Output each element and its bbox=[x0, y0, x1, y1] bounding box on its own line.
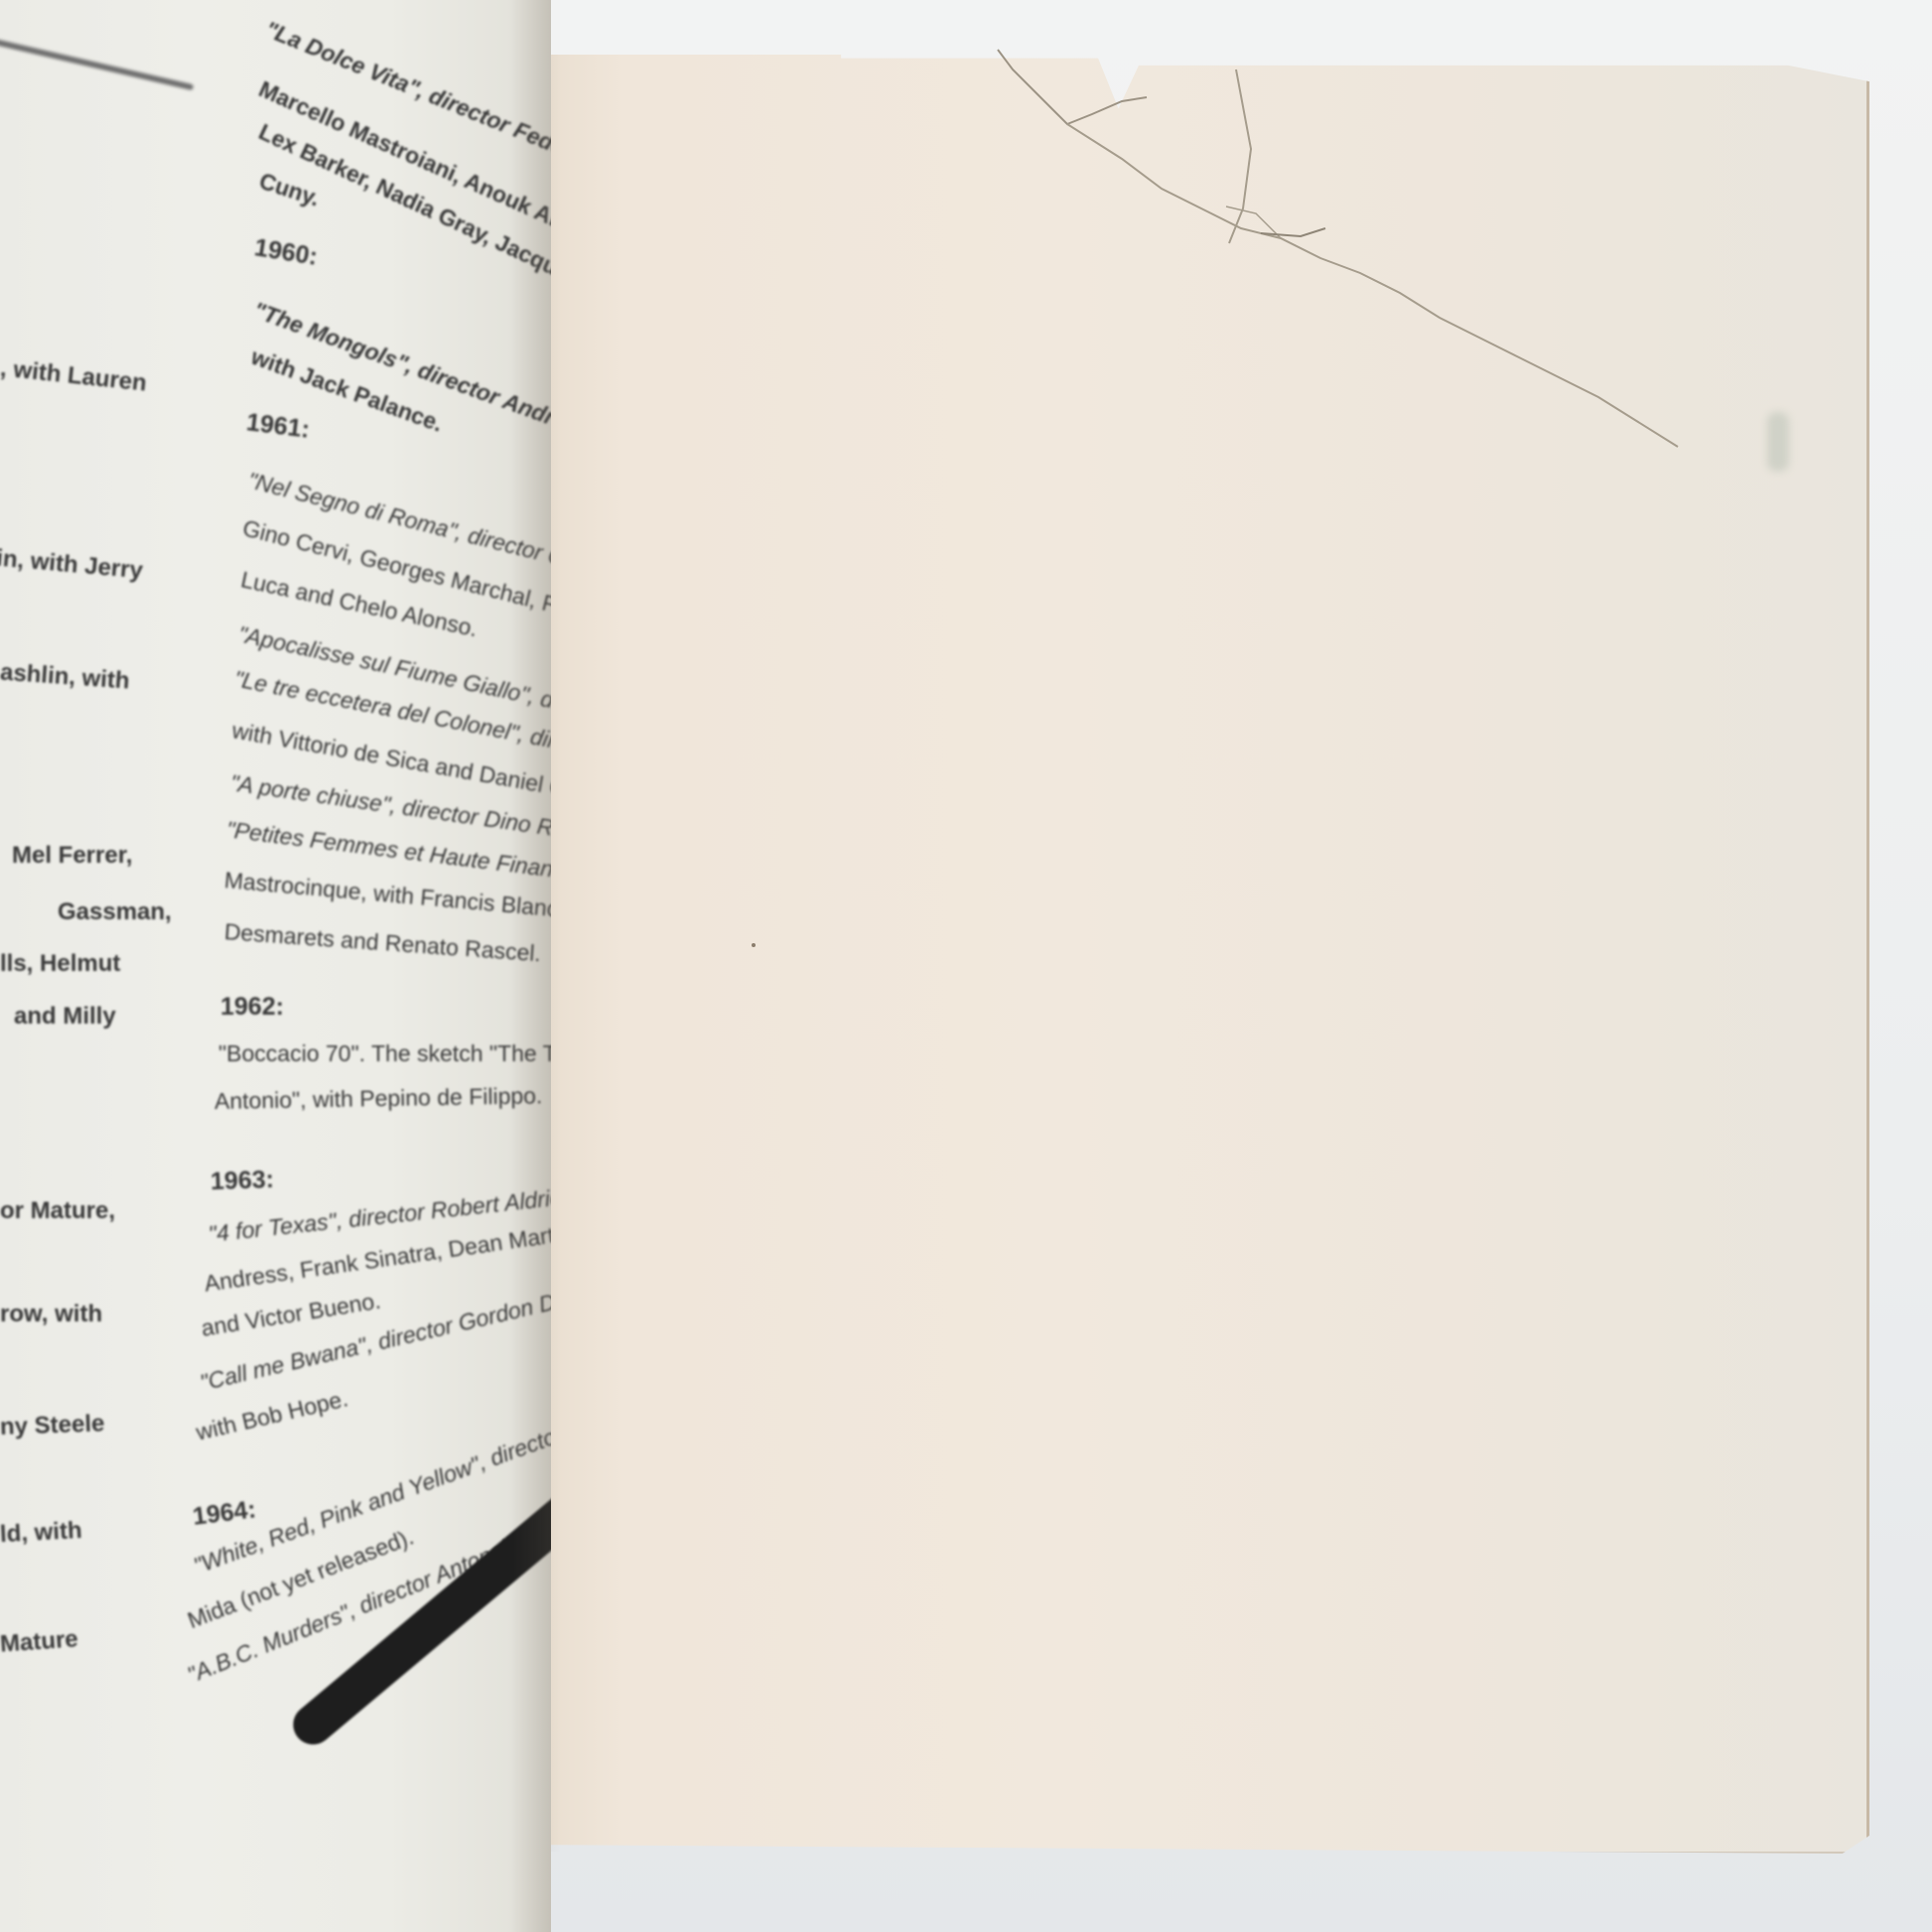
tear-crease-icon bbox=[983, 40, 1876, 457]
text-line: Antonio", with Pepino de Filippo. bbox=[214, 1082, 543, 1115]
text-line: "Boccacio 70". The sketch "The Temptatio… bbox=[218, 1040, 551, 1067]
year-heading: 1964: bbox=[191, 1495, 257, 1532]
paper-stain bbox=[1767, 412, 1789, 472]
year-heading: 1961: bbox=[244, 408, 311, 445]
book-photo: , with Lauren in, with Jerry ashlin, wit… bbox=[0, 0, 1932, 1932]
filmography-column: "La Dolce Vita", director Federico Felli… bbox=[0, 0, 551, 1932]
year-heading: 1963: bbox=[210, 1166, 275, 1196]
text-line: with Bob Hope. bbox=[194, 1385, 350, 1446]
text-line: Cuny. bbox=[256, 168, 323, 212]
text-line: Desmarets and Renato Rascel. bbox=[223, 918, 542, 967]
year-heading: 1960: bbox=[252, 233, 320, 272]
left-printed-page: , with Lauren in, with Jerry ashlin, wit… bbox=[0, 0, 551, 1932]
year-heading: 1962: bbox=[220, 993, 284, 1022]
paper-speck bbox=[752, 943, 756, 947]
